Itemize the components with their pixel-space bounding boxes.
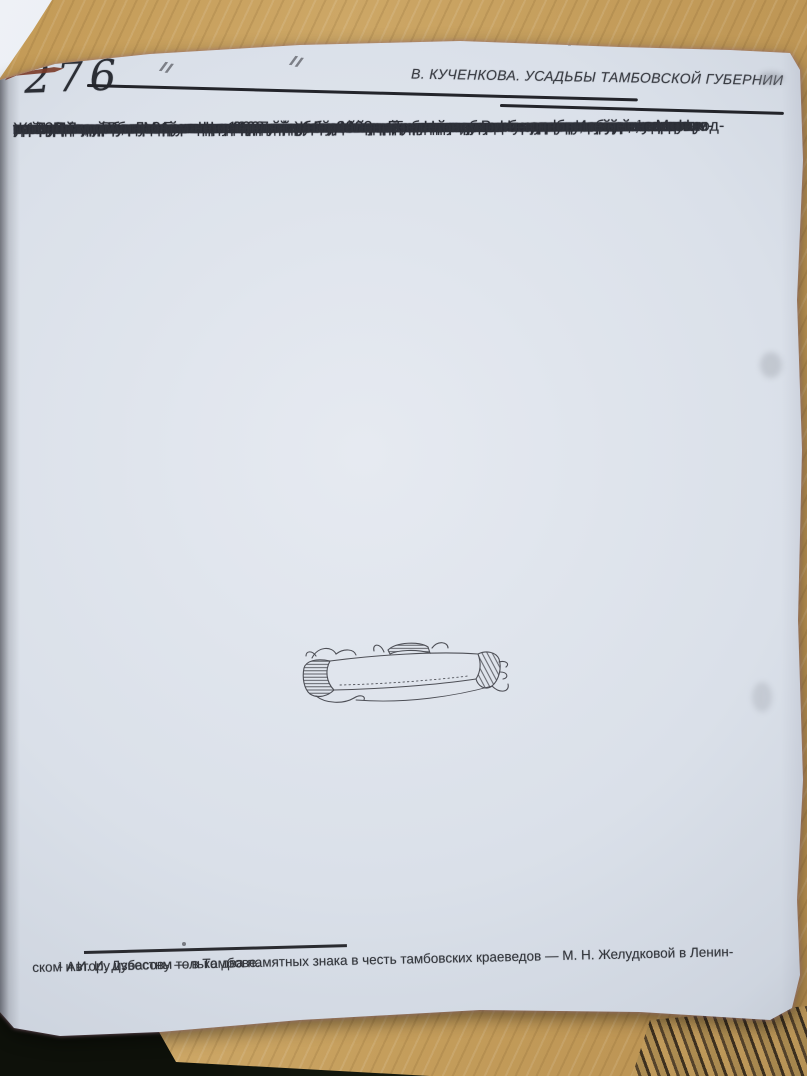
engraved-scroll-banner-illustration <box>294 634 518 712</box>
book-page: 276 В. КУЧЕНКОВА. УСАДЬБЫ ТАМБОВСКОЙ ГУБ… <box>0 0 807 1076</box>
header-rule-right <box>500 104 784 114</box>
text-line: ском и И. И. Дубасову — в Тамбове. <box>32 953 260 977</box>
smudge <box>752 682 772 712</box>
body-text: роятной грязи, которую не допустили бы к… <box>13 114 783 117</box>
paragraph: Два огромных и малоисследованных пласта … <box>13 114 783 117</box>
ink-dot <box>182 942 186 946</box>
running-title: В. КУЧЕНКОВА. УСАДЬБЫ ТАМБОВСКОЙ ГУБЕРНИ… <box>411 66 784 88</box>
stray-mark <box>159 62 168 71</box>
book-page-photo: 276 В. КУЧЕНКОВА. УСАДЬБЫ ТАМБОВСКОЙ ГУБ… <box>0 0 807 1076</box>
header-rule <box>87 84 638 101</box>
smudge <box>758 72 784 84</box>
smudge <box>760 352 782 378</box>
stray-mark <box>289 56 298 65</box>
page-number: 276 <box>23 50 123 102</box>
stray-mark <box>562 38 569 44</box>
page-wrapper: 276 В. КУЧЕНКОВА. УСАДЬБЫ ТАМБОВСКОЙ ГУБ… <box>0 0 807 1076</box>
text-line: городок коммунаров — не оставляя материа… <box>13 115 617 141</box>
